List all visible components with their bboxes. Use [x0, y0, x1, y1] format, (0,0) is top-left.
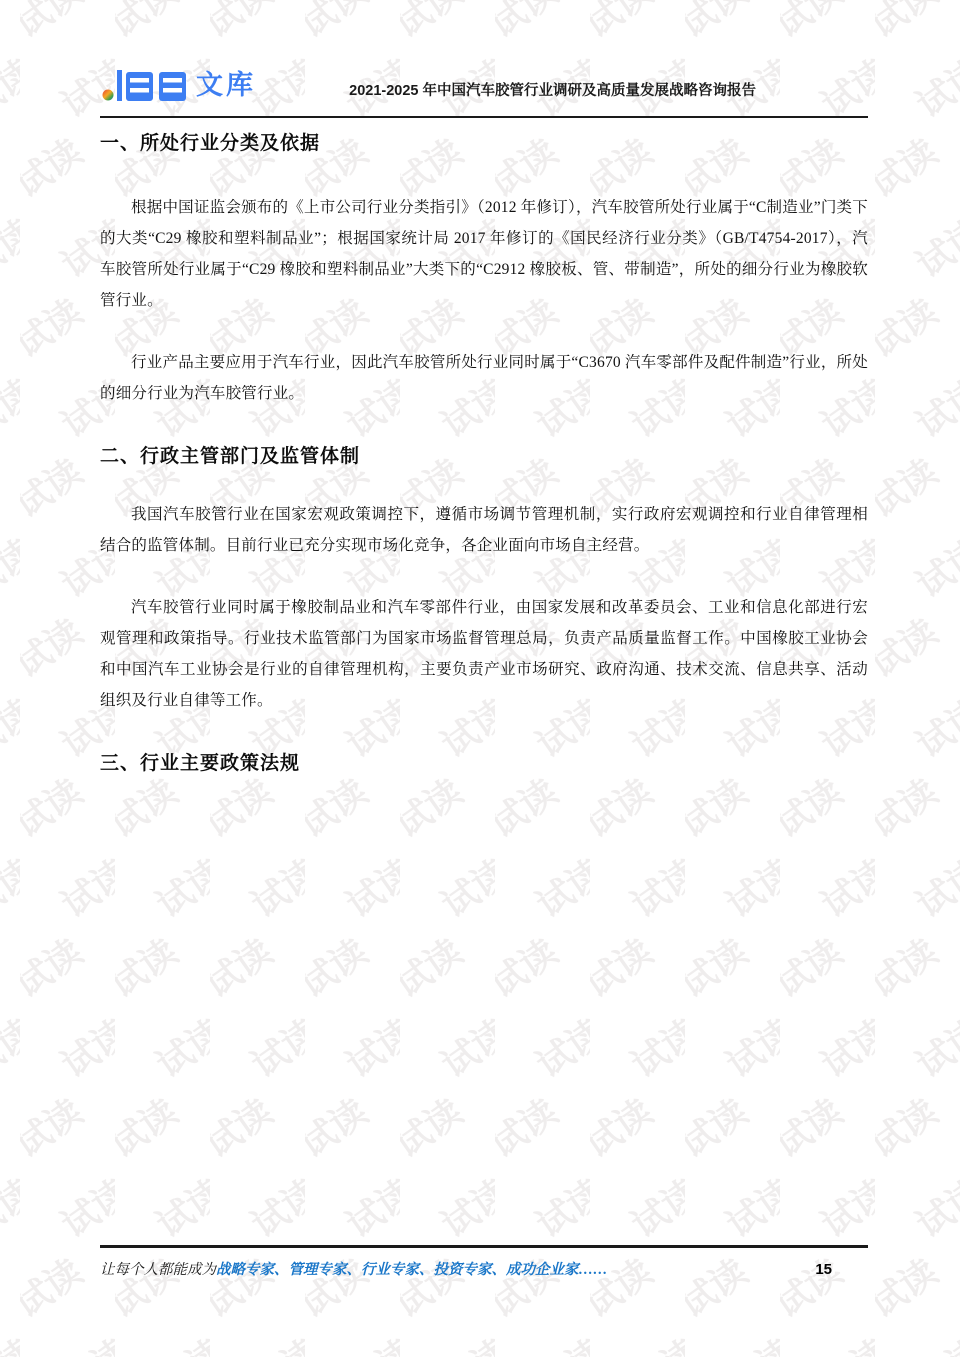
header-rule — [100, 116, 868, 118]
section-heading-3: 三、行业主要政策法规 — [100, 752, 868, 776]
section-heading-1: 一、所处行业分类及依据 — [100, 132, 868, 156]
document-page: 试读 试读 — [0, 0, 960, 1357]
logo-block-2 — [159, 72, 186, 101]
page-number: 15 — [815, 1261, 832, 1278]
footer-row: 让每个人都能成为 战略专家、管理专家、行业专家、投资专家、成功企业家…… 15 — [100, 1258, 868, 1279]
page-content: 文库 2021-2025 年中国汽车胶管行业调研及高质量发展战略咨询报告 一、所… — [0, 0, 960, 776]
paragraph: 根据中国证监会颁布的《上市公司行业分类指引》（2012 年修订），汽车胶管所处行… — [100, 192, 868, 316]
logo-ball-icon — [103, 90, 114, 101]
page-header: 文库 2021-2025 年中国汽车胶管行业调研及高质量发展战略咨询报告 — [100, 0, 868, 110]
paragraph: 我国汽车胶管行业在国家宏观政策调控下，遵循市场调节管理机制，实行政府宏观调控和行… — [100, 499, 868, 561]
report-title: 2021-2025 年中国汽车胶管行业调研及高质量发展战略咨询报告 — [349, 79, 756, 110]
paragraph: 行业产品主要应用于汽车行业，因此汽车胶管所处行业同时属于“C3670 汽车零部件… — [100, 347, 868, 409]
footer-slogan-highlight: 战略专家、管理专家、行业专家、投资专家、成功企业家…… — [216, 1258, 608, 1279]
logo-block-1 — [126, 72, 153, 101]
footer-rule — [100, 1245, 868, 1248]
logo-text: 文库 — [196, 72, 256, 103]
section-heading-2: 二、行政主管部门及监管体制 — [100, 445, 868, 469]
logo-mark-icon — [100, 64, 192, 110]
paragraph: 汽车胶管行业同时属于橡胶制品业和汽车零部件行业，由国家发展和改革委员会、工业和信… — [100, 592, 868, 716]
page-footer: 让每个人都能成为 战略专家、管理专家、行业专家、投资专家、成功企业家…… 15 — [100, 1245, 868, 1279]
footer-slogan: 让每个人都能成为 — [100, 1258, 216, 1279]
brand-logo: 文库 — [100, 64, 256, 110]
